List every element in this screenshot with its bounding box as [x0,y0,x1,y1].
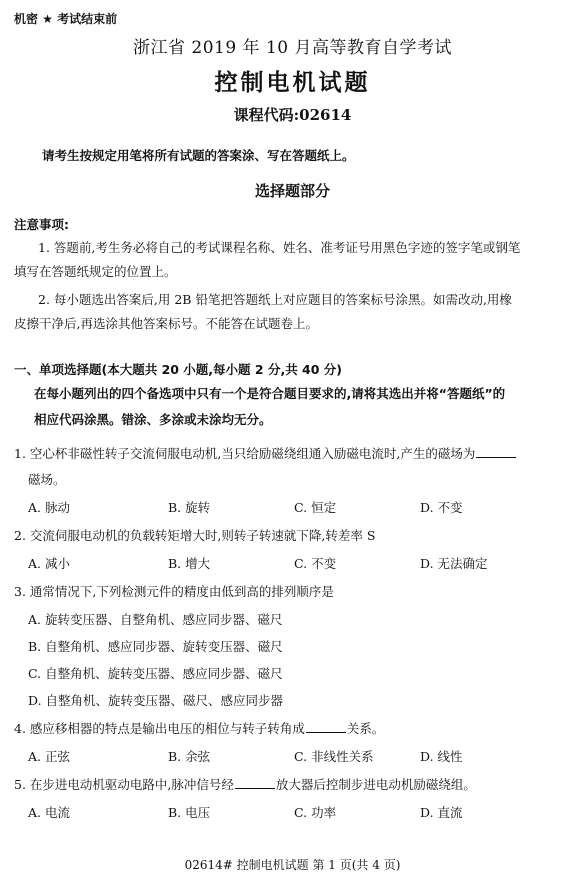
exam-title: 浙江省 2019 年 10 月高等教育自学考试 [0,33,585,58]
part-heading: 一、单项选择题(本大题共 20 小题,每小题 2 分,共 40 分) [14,360,342,378]
notice-item-2-line2: 皮擦干净后,再选涂其他答案标号。不能答在试题卷上。 [14,312,318,336]
question-3-option-b: B. 自整角机、感应同步器、旋转变压器、磁尺 [28,637,283,655]
question-stem-text: 5. 在步进电动机驱动电路中,脉冲信号经 [14,777,234,792]
question-1-option-b: B. 旋转 [168,498,210,516]
notice-item-2-line1: 2. 每小题选出答案后,用 2B 铅笔把答题纸上对应题目的答案标号涂黑。如需改动… [38,288,512,312]
question-4-option-d: D. 线性 [420,747,463,765]
question-4-option-a: A. 正弦 [28,747,70,765]
question-2-option-c: C. 不变 [294,554,336,572]
question-1-option-a: A. 脉动 [28,498,70,516]
question-5-option-a: A. 电流 [28,803,70,821]
question-stem-suffix: 放大器后控制步进电动机励磁绕组。 [276,777,476,792]
question-5-option-d: D. 直流 [420,803,463,821]
question-4-option-c: C. 非线性关系 [294,747,374,765]
question-2-option-a: A. 减小 [28,554,70,572]
question-3-stem: 3. 通常情况下,下列检测元件的精度由低到高的排列顺序是 [14,582,334,600]
notice-item-1-line1: 1. 答题前,考生务必将自己的考试课程名称、姓名、准考证号用黑色字迹的签字笔或钢… [38,236,520,260]
section-title: 选择题部分 [0,180,585,201]
question-1-stem-line2: 磁场。 [28,470,66,488]
question-3-option-c: C. 自整角机、旋转变压器、感应同步器、磁尺 [28,664,283,682]
question-2-option-b: B. 增大 [168,554,210,572]
question-5-option-b: B. 电压 [168,803,210,821]
part-description-line2: 相应代码涂黑。错涂、多涂或未涂均无分。 [34,410,272,428]
notice-item-1-line2: 填写在答题纸规定的位置上。 [14,260,177,284]
course-code: 课程代码:02614 [0,104,585,125]
question-stem-suffix: 关系。 [347,721,385,736]
question-3-option-a: A. 旋转变压器、自整角机、感应同步器、磁尺 [28,610,282,628]
answer-blank [306,720,346,733]
question-5-option-c: C. 功率 [294,803,336,821]
part-description-line1: 在每小题列出的四个备选项中只有一个是符合题目要求的,请将其选出并将“答题纸”的 [34,384,505,402]
question-1-stem: 1. 空心杯非磁性转子交流伺服电动机,当只给励磁绕组通入励磁电流时,产生的磁场为 [14,444,517,462]
notice-heading: 注意事项: [14,215,69,233]
page-footer: 02614# 控制电机试题 第 1 页(共 4 页) [0,856,585,873]
subject-title: 控制电机试题 [0,64,585,97]
answer-blank [476,445,516,458]
question-4-stem: 4. 感应移相器的特点是输出电压的相位与转子转角成关系。 [14,719,384,737]
question-1-option-c: C. 恒定 [294,498,336,516]
answer-instruction: 请考生按规定用笔将所有试题的答案涂、写在答题纸上。 [42,146,355,164]
question-1-option-d: D. 不变 [420,498,463,516]
question-2-option-d: D. 无法确定 [420,554,488,572]
question-5-stem: 5. 在步进电动机驱动电路中,脉冲信号经放大器后控制步进电动机励磁绕组。 [14,775,476,793]
question-2-stem: 2. 交流伺服电动机的负载转矩增大时,则转子转速就下降,转差率 S [14,526,375,544]
answer-blank [235,776,275,789]
question-3-option-d: D. 自整角机、旋转变压器、磁尺、感应同步器 [28,691,283,709]
confidential-label: 机密 ★ 考试结束前 [14,10,117,27]
question-stem-text: 1. 空心杯非磁性转子交流伺服电动机,当只给励磁绕组通入励磁电流时,产生的磁场为 [14,446,475,461]
question-4-option-b: B. 余弦 [168,747,210,765]
question-stem-text: 4. 感应移相器的特点是输出电压的相位与转子转角成 [14,721,305,736]
